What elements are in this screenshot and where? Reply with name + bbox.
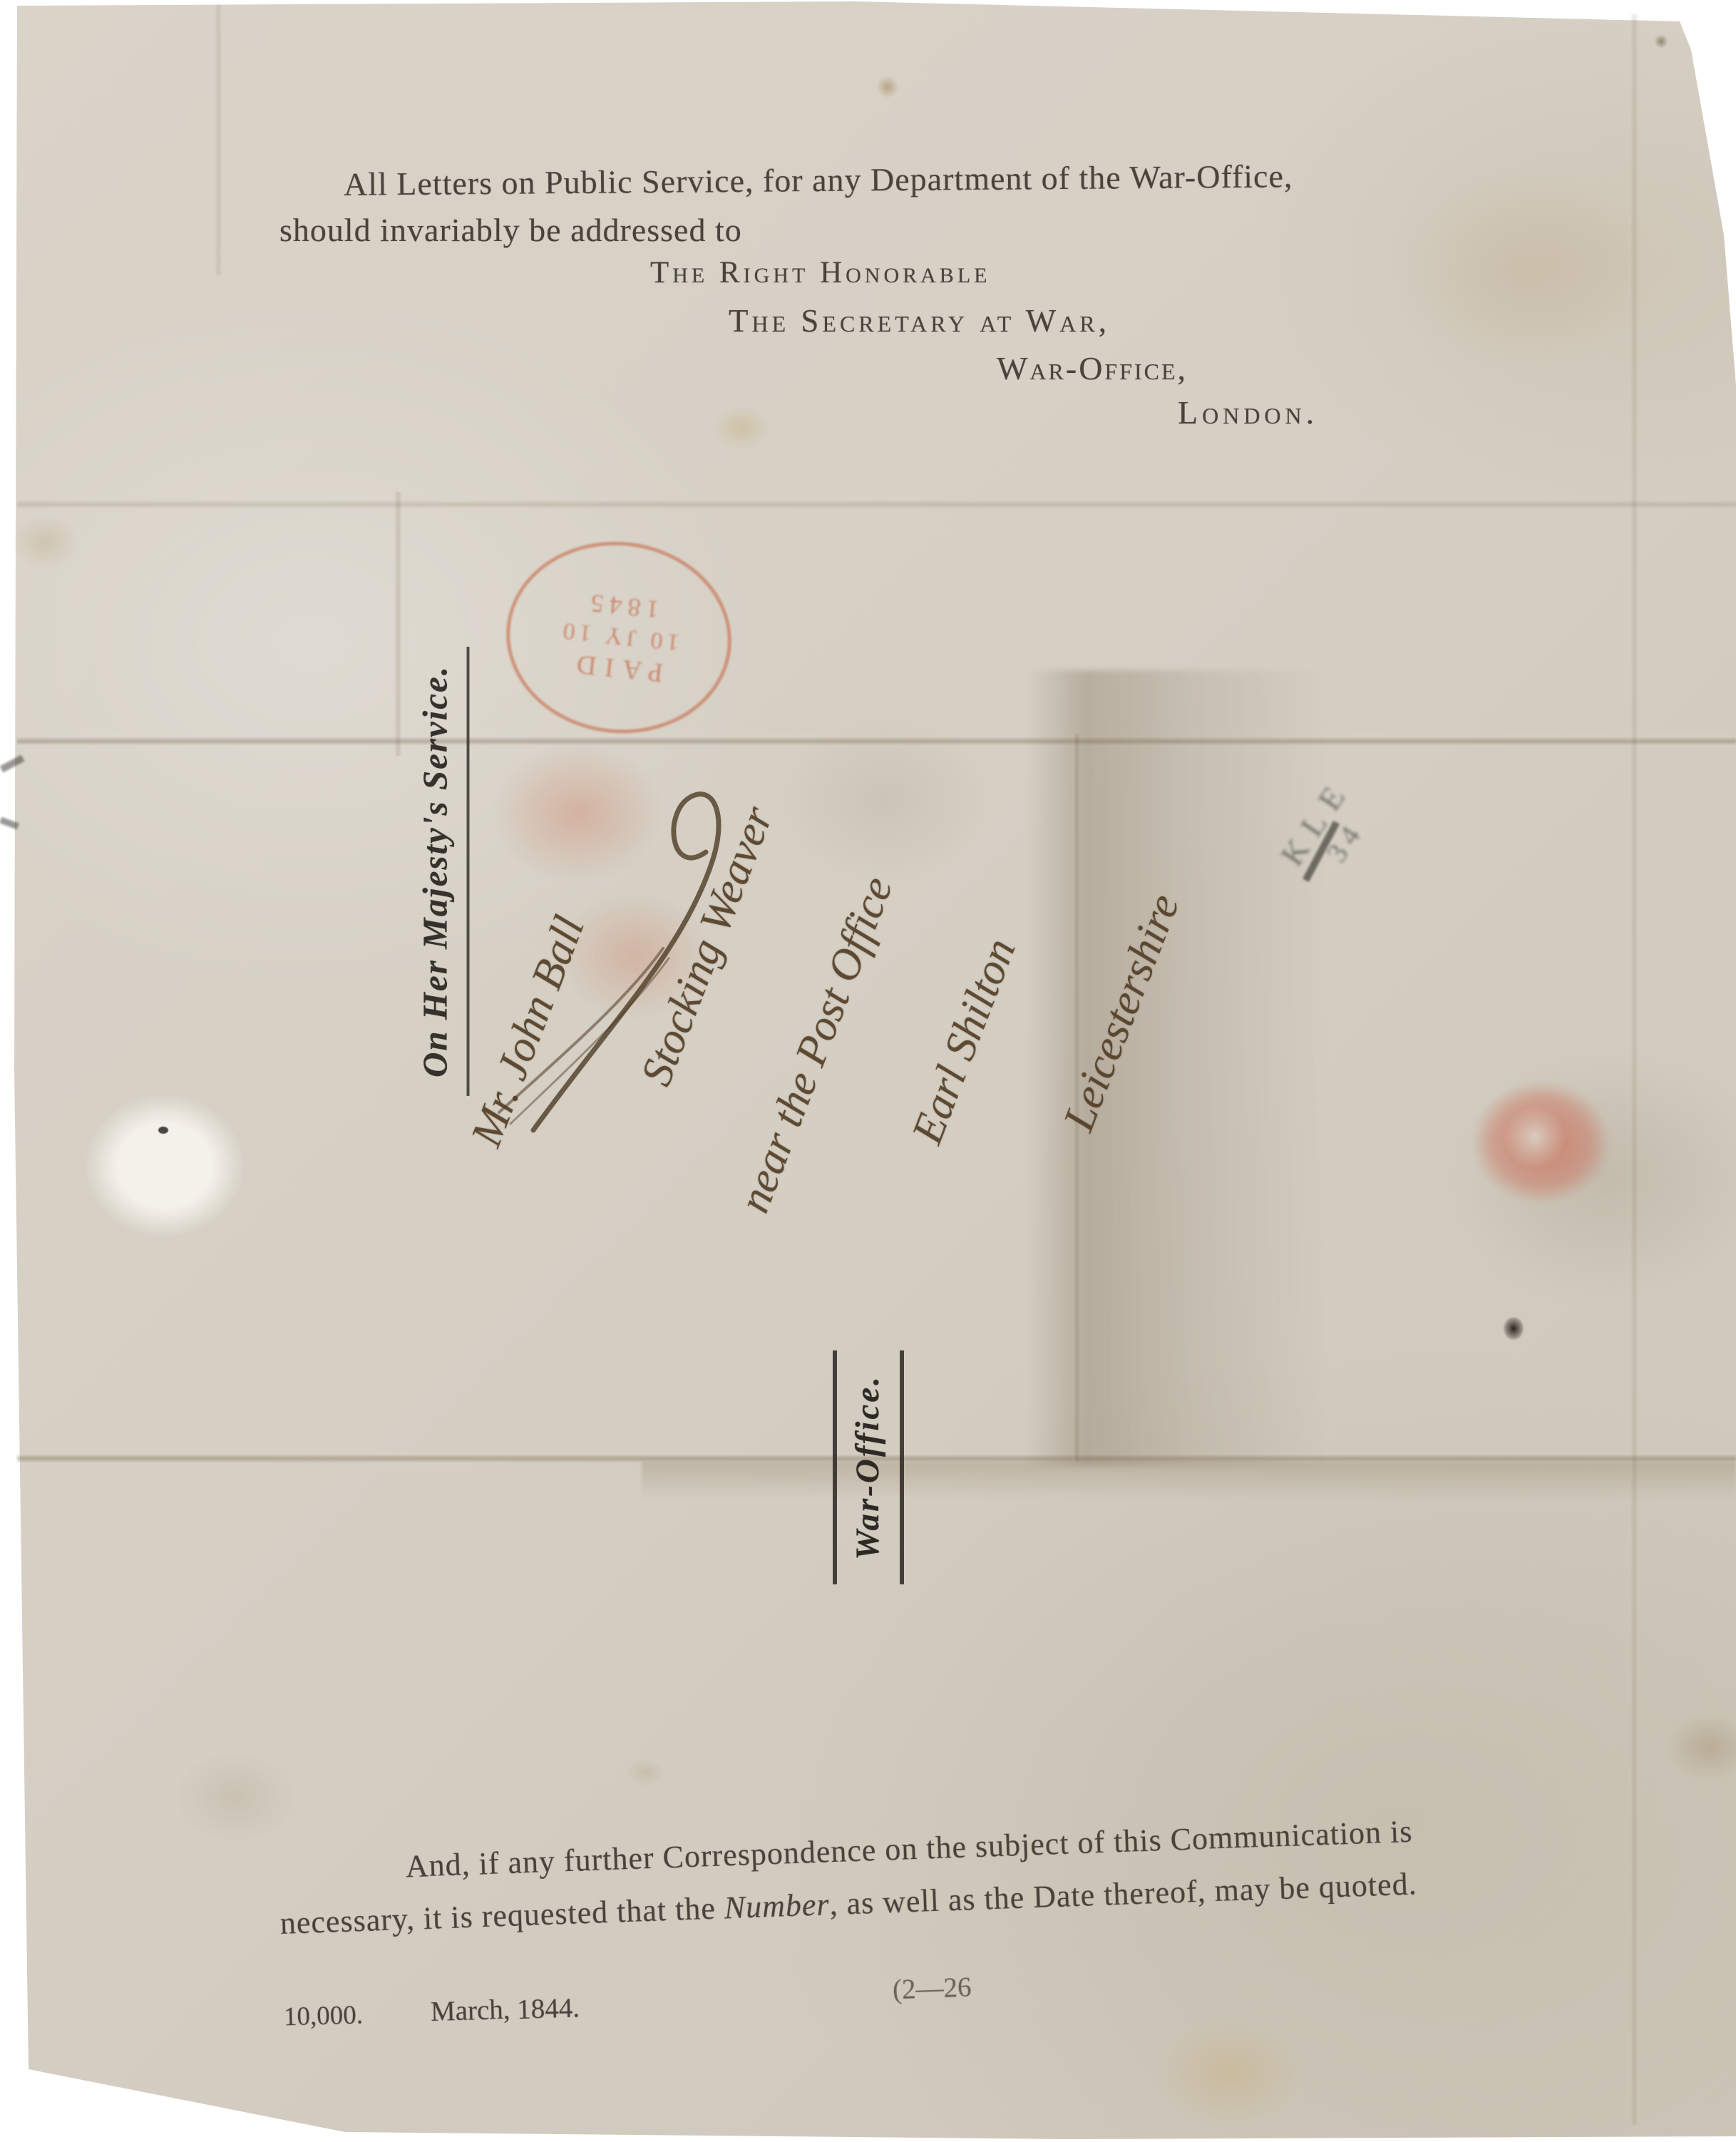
header-line-5: War-Office,: [997, 349, 1188, 387]
print-date-note: March, 1844.: [430, 1992, 580, 2027]
header-line-6: London.: [1178, 394, 1318, 431]
seal-remnant-paper-show: [1496, 1098, 1574, 1177]
ink-speck-in-tear: [158, 1127, 168, 1134]
print-run-note: 10,000.: [283, 2000, 363, 2033]
dark-spot-right: [1503, 1316, 1524, 1341]
header-line-4: The Secretary at War,: [729, 302, 1110, 339]
footer-line-2-mid: , as well as the: [829, 1880, 1034, 1922]
scanned-postal-cover: All Letters on Public Service, for any D…: [0, 0, 1736, 2142]
form-number-note: (2—26: [892, 1971, 972, 2006]
fold-crease-vertical-topleft: [214, 4, 222, 275]
header-line-3: The Right Honorable: [650, 255, 990, 290]
paid-stamp-word: PAID: [567, 647, 664, 689]
war-office-label: War-Office.: [833, 1351, 904, 1584]
footer-date-word: Date: [1032, 1877, 1096, 1915]
fold-crease-vertical-right: [1630, 14, 1638, 2125]
fold-crease-horizontal-top: [17, 499, 1736, 509]
header-line-2: should invariably be addressed to: [279, 211, 742, 249]
fold-crease-vertical-left: [394, 492, 402, 756]
fold-crease-horizontal-middle: [17, 736, 1736, 746]
footer-number-italic: Number: [724, 1887, 830, 1925]
